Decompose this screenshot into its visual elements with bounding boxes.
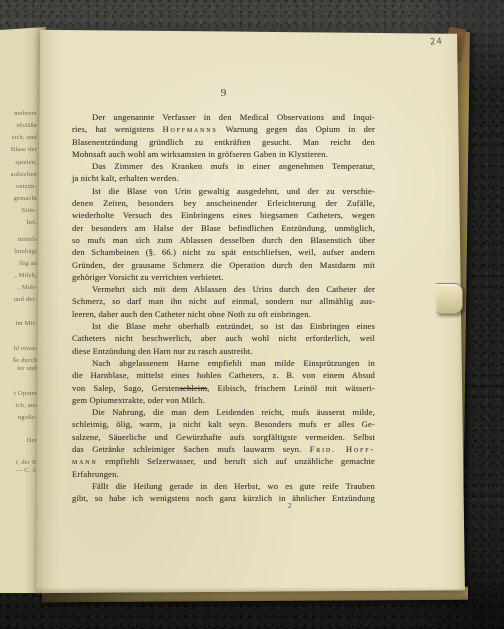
text-segment: denen Zeiten, besonders bey anscheinende… bbox=[72, 198, 375, 208]
text-line: ries, hat wenigstens Hoffmanns Warnung g… bbox=[72, 123, 375, 135]
text-segment: Mohnsaft auch wohl am wirksamsten in grö… bbox=[72, 149, 328, 159]
text-line: gehöriger Vorsicht zu verrichten verbiet… bbox=[72, 271, 375, 283]
text-line: Nach abgelassenem Harne empfiehlt man mi… bbox=[72, 357, 375, 369]
text-line: Die Nahrung, die man dem Leidenden reich… bbox=[72, 406, 375, 418]
text-line: Gründen, der grausame Schmerz die Operat… bbox=[72, 259, 375, 271]
signature-mark: 2 bbox=[288, 502, 292, 510]
text-line: Schmerz, so darf man ihn nicht auf einma… bbox=[72, 295, 375, 307]
text-line: Das Zimmer des Kranken mufs in einer ang… bbox=[72, 160, 375, 172]
text-line: die Harnblase, mittelst eines hohlen Cat… bbox=[72, 369, 375, 381]
text-line: Fällt die Heilung gerade in den Herbst, … bbox=[72, 480, 375, 492]
text-segment: Vermehrt sich mit dem Ablassen des Urins… bbox=[92, 284, 375, 294]
text-segment: Catheters nicht beschwerlich, aber auch … bbox=[72, 333, 375, 343]
printed-page-number: 9 bbox=[72, 87, 375, 99]
text-segment: Der ungenannte Verfasser in den Medical … bbox=[92, 112, 375, 122]
text-segment: Das Zimmer des Kranken mufs in einer ang… bbox=[92, 161, 375, 171]
text-segment: Fällt die Heilung gerade in den Herbst, … bbox=[92, 481, 375, 491]
small-caps-name: Frid. Hoff- bbox=[310, 444, 375, 454]
text-segment: gem Opiumextrakte, oder von Milch. bbox=[72, 395, 205, 405]
struck-word: schleim bbox=[179, 383, 207, 393]
text-line: diese Entzündung den Harn nur zu rasch a… bbox=[72, 345, 375, 357]
text-line: Vermehrt sich mit dem Ablassen des Urins… bbox=[72, 283, 375, 295]
text-segment: gehöriger Vorsicht zu verrichten verbiet… bbox=[72, 272, 223, 282]
text-segment: diese Entzündung den Harn nur zu rasch a… bbox=[72, 346, 253, 356]
text-segment: Gründen, der grausame Schmerz die Operat… bbox=[72, 260, 375, 270]
text-line: Der ungenannte Verfasser in den Medical … bbox=[72, 111, 375, 123]
text-segment: leeren, daher auch den Catheter nicht oh… bbox=[72, 309, 311, 319]
text-segment: Ist die Blase von Urin gewaltig ausgedeh… bbox=[92, 186, 375, 196]
small-caps-name: Hoffmanns bbox=[162, 124, 217, 134]
text-line: Mohnsaft auch wohl am wirksamsten in grö… bbox=[72, 148, 375, 160]
text-segment: ja nicht kalt, erhalten werden. bbox=[72, 173, 179, 183]
text-segment: Blasenentzündung gründlich zu entkräften… bbox=[72, 137, 375, 147]
text-segment: die Harnblase, mittelst eines hohlen Cat… bbox=[72, 370, 375, 380]
text-line: Erfahrungen. bbox=[72, 468, 375, 480]
text-line: Ist die Blase von Urin gewaltig ausgedeh… bbox=[72, 185, 375, 197]
text-line: wiederholte Versuch des Einbringens eine… bbox=[72, 209, 375, 221]
page-text-block: Der ungenannte Verfasser in den Medical … bbox=[72, 111, 375, 505]
text-line: den Schambeinen (§. 66.) nicht zu spät e… bbox=[72, 246, 375, 258]
text-segment: den Schambeinen (§. 66.) nicht zu spät e… bbox=[72, 247, 375, 257]
text-segment: der besonders am Halse der Blase befindl… bbox=[72, 223, 375, 233]
text-line: leeren, daher auch den Catheter nicht oh… bbox=[72, 308, 375, 320]
text-segment: so mufs man sich zum Ablassen desselben … bbox=[72, 235, 375, 245]
text-line: Catheters nicht beschwerlich, aber auch … bbox=[72, 332, 375, 344]
text-segment: Warnung gegen das Opium in der bbox=[218, 124, 375, 134]
marker-tab[interactable] bbox=[436, 283, 463, 314]
text-line: der besonders am Halse der Blase befindl… bbox=[72, 222, 375, 234]
text-line: ja nicht kalt, erhalten werden. bbox=[72, 172, 375, 184]
text-line: salzene, Säuerliche und Gewürzhafte aufs… bbox=[72, 431, 375, 443]
text-line: von Salep, Sago, Gerstenschleim, Eibisch… bbox=[72, 382, 375, 394]
text-line: schleimig, ölig, warm, ja nicht kalt sey… bbox=[72, 418, 375, 430]
book-scan-view: mehrereufsfäßesich, undBlase derspielen,… bbox=[0, 0, 504, 629]
text-segment: das Getränke schleimiger Sachen mufs lau… bbox=[72, 444, 310, 454]
text-segment: Schmerz, so darf man ihn nicht auf einma… bbox=[72, 296, 375, 306]
text-segment: Nach abgelassenem Harne empfiehlt man mi… bbox=[92, 358, 375, 368]
text-line: gem Opiumextrakte, oder von Milch. bbox=[72, 394, 375, 406]
text-line: gibt, so habe ich wenigstens noch ganz k… bbox=[72, 492, 375, 504]
text-line: denen Zeiten, besonders bey anscheinende… bbox=[72, 197, 375, 209]
text-segment: empfiehlt Selzerwasser, und beruft sich … bbox=[98, 456, 375, 466]
text-segment: wiederholte Versuch des Einbringens eine… bbox=[72, 210, 375, 220]
text-segment: Ist die Blase mehr oberhalb entzündet, s… bbox=[92, 321, 375, 331]
text-segment: Erfahrungen. bbox=[72, 469, 119, 479]
text-line: mann empfiehlt Selzerwasser, und beruft … bbox=[72, 455, 375, 467]
text-line: so mufs man sich zum Ablassen desselben … bbox=[72, 234, 375, 246]
text-segment: Die Nahrung, die man dem Leidenden reich… bbox=[92, 407, 375, 417]
text-segment: , Eibisch, frischem Leinöl mit wässeri- bbox=[207, 383, 375, 393]
text-segment: salzene, Säuerliche und Gewürzhafte aufs… bbox=[72, 432, 375, 442]
text-line: das Getränke schleimiger Sachen mufs lau… bbox=[72, 443, 375, 455]
text-line: Blasenentzündung gründlich zu entkräften… bbox=[72, 136, 375, 148]
pencil-folio-number: 24 bbox=[430, 36, 444, 47]
text-segment: schleimig, ölig, warm, ja nicht kalt sey… bbox=[72, 419, 375, 429]
text-segment: gibt, so habe ich wenigstens noch ganz k… bbox=[72, 493, 375, 503]
text-segment: ries, hat wenigstens bbox=[72, 124, 162, 134]
small-caps-name: mann bbox=[72, 456, 98, 466]
text-line: Ist die Blase mehr oberhalb entzündet, s… bbox=[72, 320, 375, 332]
text-segment: von Salep, Sago, Gersten bbox=[72, 383, 179, 393]
